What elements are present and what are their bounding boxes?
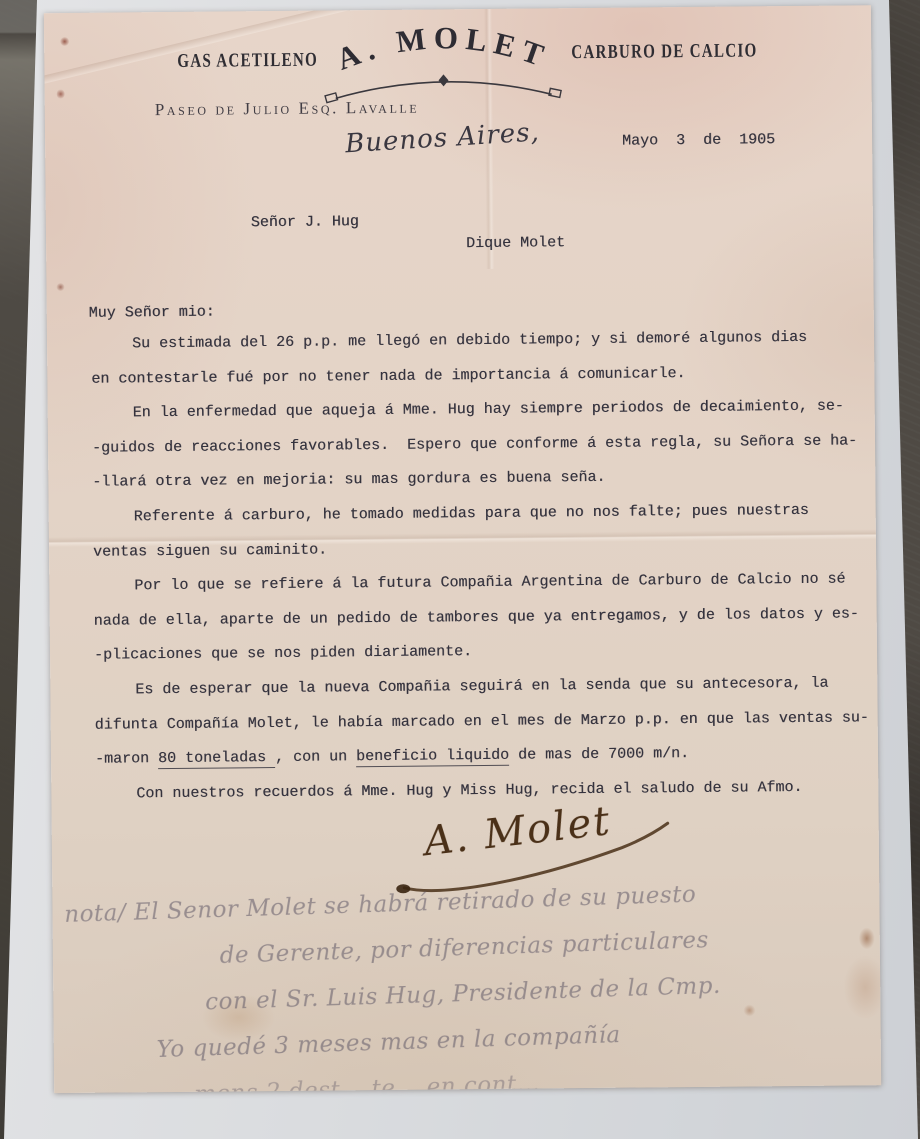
body-text: -plicaciones que se nos piden diariament… (94, 643, 472, 664)
swash-diamond (438, 74, 448, 86)
recipient-place: Dique Molet (466, 234, 565, 252)
stain (60, 37, 69, 46)
body-text: -maron (95, 750, 158, 768)
body-text: ventas siguen su caminito. (93, 541, 327, 560)
letter-body: Su estimada del 26 p.p. me llegó en debi… (91, 328, 881, 820)
swash-end-right (549, 88, 561, 97)
body-text: Su estimada del 26 p.p. me llegó en debi… (132, 329, 807, 352)
brand-name-text: A. MOLET (332, 19, 555, 77)
letterhead-product-right: CARBURO DE CALCIO (571, 41, 757, 65)
letterhead-city-script: Buenos Aires, (344, 117, 540, 159)
handwritten-note: nota/ El Senor Molet se habrá retirado d… (50, 876, 867, 1093)
body-text: , con un (275, 748, 356, 766)
letterhead-brand-arc: A. MOLET (297, 16, 590, 107)
body-text: de mas de 7000 m/n. (509, 745, 689, 764)
stain (56, 283, 64, 291)
underlined-text: beneficio liquido (356, 747, 509, 767)
recipient-name: Señor J. Hug (251, 213, 359, 231)
letter-date: Mayo 3 de 1905 (622, 131, 775, 149)
salutation: Muy Señor mio: (89, 304, 215, 322)
underlined-text: 80 toneladas (158, 749, 275, 769)
svg-text:A. MOLET: A. MOLET (332, 19, 555, 77)
letter-photo: GAS ACETILENO A. MOLET CARBURO DE CALCIO… (0, 0, 920, 1139)
letterhead-address: Paseo de Julio Esq. Lavalle (155, 98, 420, 121)
body-text: -llará otra vez en mejoria: su mas gordu… (92, 469, 605, 491)
letter-document: GAS ACETILENO A. MOLET CARBURO DE CALCIO… (44, 5, 881, 1093)
stain (57, 89, 65, 99)
